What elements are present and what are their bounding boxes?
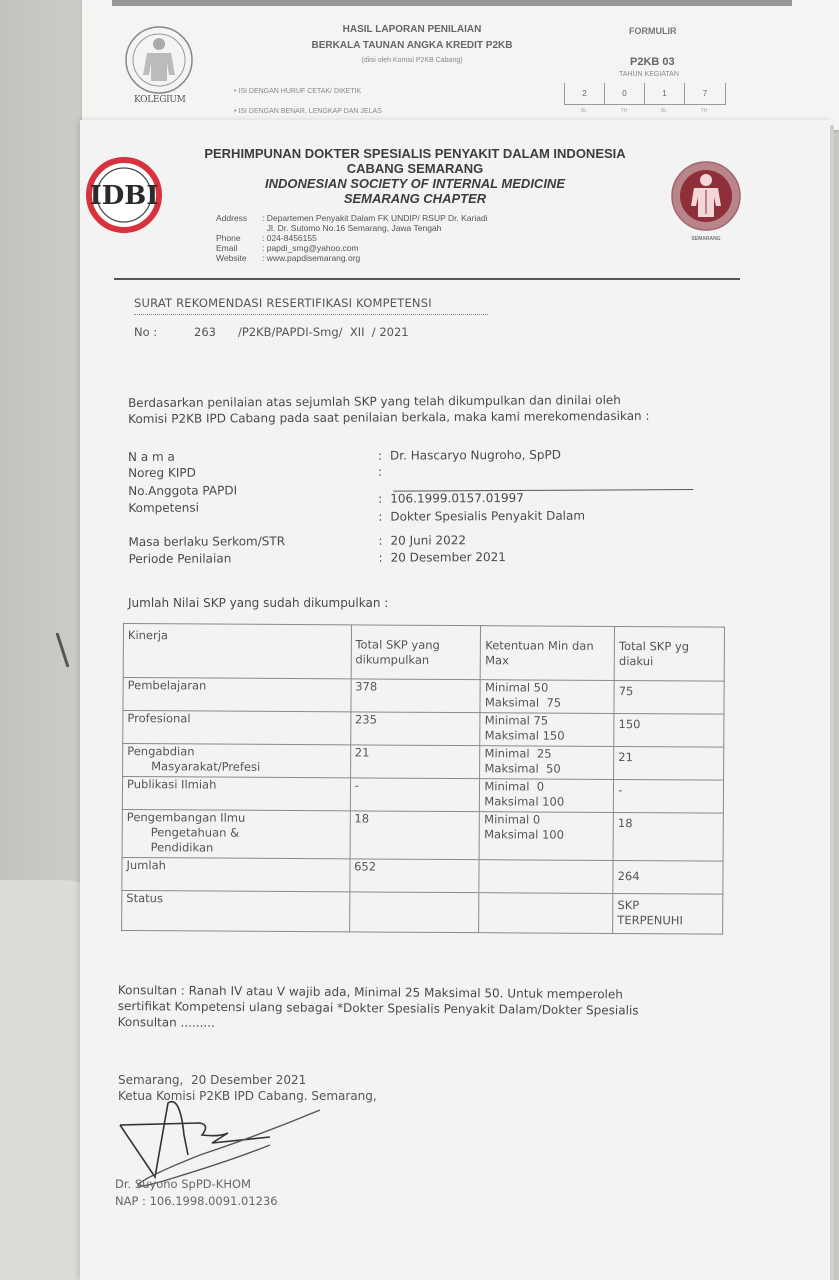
cell-kinerja: Publikasi Ilmiah	[122, 777, 350, 811]
form-title-line1: HASIL LAPORAN PENILAIAN	[262, 22, 562, 38]
header-divider	[114, 278, 740, 280]
cell-kinerja: PengabdianMasyarakat/Prefesi	[123, 744, 351, 778]
organization-header: PERHIMPUNAN DOKTER SPESIALIS PENYAKIT DA…	[180, 146, 650, 206]
field-periode-penilaian: Periode Penilaian : 20 Desember 2021	[129, 550, 506, 566]
year-sublabels: BL TH BL TH	[564, 108, 726, 114]
cell-kinerja: Profesional	[123, 711, 351, 745]
field-kompetensi-value: : Dokter Spesialis Penyakit Dalam	[378, 509, 585, 524]
field-value: Dokter Spesialis Penyakit Dalam	[390, 509, 585, 524]
year-digit-box: 0	[605, 83, 645, 104]
org-chapter-english: SEMARANG CHAPTER	[180, 191, 650, 206]
papdi-logo-label: SEMARANG	[674, 236, 738, 242]
table-row: PengabdianMasyarakat/Prefesi 21 Minimal …	[123, 744, 724, 781]
cell-diakui: 150	[614, 714, 724, 748]
recipient-fields: N a m a : Dr. Hascaryo Nugroho, SpPD Nor…	[128, 447, 748, 450]
org-name-english: INDONESIAN SOCIETY OF INTERNAL MEDICINE	[180, 176, 650, 191]
cell-kinerja: Pengembangan IlmuPengetahuan &Pendidikan	[122, 809, 350, 858]
number-suffix: /P2KB/PAPDI-Smg/ XII / 2021	[238, 325, 409, 339]
cell-jumlah-total: 652	[349, 859, 479, 893]
cell-ketentuan: Minimal 50Maksimal 75	[480, 680, 614, 714]
cell-total: -	[350, 778, 480, 812]
contact-email: Email : papdi_smg@yahoo.com	[216, 243, 488, 253]
cell-total: 18	[350, 811, 480, 860]
contact-website: Website : www.papdisemarang.org	[216, 253, 488, 263]
field-value: Dr. Hascaryo Nugroho, SpPD	[390, 448, 561, 463]
title-dotted-divider	[134, 314, 488, 315]
form-subtitle: (diisi oleh Komisi P2KB Cabang)	[262, 57, 562, 64]
svg-text:IDBI: IDBI	[90, 181, 159, 211]
cell-jumlah-diakui: 264	[613, 860, 723, 894]
year-sublabel: BL	[644, 108, 684, 114]
cell-jumlah-label: Jumlah	[122, 857, 350, 891]
number-label: No :	[134, 325, 194, 339]
table-row: Profesional 235 Minimal 75Maksimal 150 1…	[123, 711, 724, 748]
signer-nap: NAP : 106.1998.0091.01236	[115, 1193, 278, 1210]
signer-name: Dr. Suyono SpPD-KHOM	[115, 1176, 278, 1193]
year-digit-box: 1	[645, 83, 685, 104]
table-row-jumlah: Jumlah 652 264	[122, 857, 723, 894]
header-total-diakui: Total SKP yg diakui	[614, 627, 724, 682]
table-row: Pembelajaran 378 Minimal 50Maksimal 75 7…	[123, 678, 724, 715]
contact-block: Address : Departemen Penyakit Dalam FK U…	[216, 213, 488, 263]
cell-empty	[349, 892, 479, 933]
table-row: Pengembangan IlmuPengetahuan &Pendidikan…	[122, 809, 723, 861]
cell-status-label: Status	[122, 890, 350, 931]
letter-title: SURAT REKOMENDASI RESERTIFIKASI KOMPETEN…	[134, 296, 432, 310]
letter-sheet: IDBI PERHIMPUNAN DOKTER SPESIALIS PENYAK…	[80, 120, 832, 1280]
place-date: Semarang, 20 Desember 2021	[118, 1072, 377, 1088]
cell-diakui: -	[613, 780, 723, 814]
cell-total: 378	[351, 679, 481, 713]
letter-number: No : 263 /P2KB/PAPDI-Smg/ XII / 2021	[134, 325, 409, 339]
year-digit-box: 2	[565, 83, 605, 104]
year-sublabel: TH	[684, 108, 724, 114]
kolegium-logo-icon	[120, 25, 198, 95]
form-code: P2KB 03	[630, 56, 675, 68]
tahun-kegiatan-label: TAHUN KEGIATAN	[619, 71, 679, 78]
cell-ketentuan: Minimal 0Maksimal 100	[479, 812, 613, 861]
cell-ketentuan: Minimal 25Maksimal 50	[480, 746, 614, 780]
field-nama: N a m a : Dr. Hascaryo Nugroho, SpPD	[128, 448, 561, 464]
skp-table: Kinerja Total SKP yang dikumpulkan Keten…	[121, 623, 725, 935]
header-total-skp: Total SKP yang dikumpulkan	[351, 625, 481, 680]
header-ketentuan: Ketentuan Min dan Max	[481, 626, 615, 681]
year-boxes: 2 0 1 7	[564, 83, 726, 105]
cell-empty	[479, 860, 613, 894]
field-value: 20 Desember 2021	[391, 550, 506, 565]
cell-ketentuan: Minimal 0Maksimal 100	[480, 779, 614, 813]
intro-line: Komisi P2KB IPD Cabang pada saat penilai…	[128, 407, 748, 427]
cell-diakui: 18	[613, 812, 723, 861]
instruction-item: • ISI DENGAN HURUF CETAK/ DIKETIK	[234, 82, 382, 102]
number-value: 263	[194, 325, 238, 339]
cell-total: 21	[350, 745, 480, 779]
year-sublabel: TH	[604, 108, 644, 114]
cell-empty	[479, 893, 613, 934]
field-no-anggota: No.Anggota PAPDI	[128, 483, 390, 498]
form-title: HASIL LAPORAN PENILAIAN BERKALA TAUNAN A…	[262, 22, 562, 54]
field-no-anggota-value: : 106.1999.0157.01997	[378, 491, 524, 506]
field-noreg-kipd: Noreg KIPD :	[128, 465, 390, 480]
table-row-status: Status SKPTERPENUHI	[122, 890, 723, 934]
sheet-edge	[830, 125, 834, 1280]
konsultan-note: Konsultan : Ranah IV atau V wajib ada, M…	[118, 982, 758, 1036]
cell-diakui: 21	[614, 747, 724, 781]
header-kinerja: Kinerja	[123, 624, 351, 679]
year-sublabel: BL	[564, 108, 604, 114]
field-kompetensi: Kompetensi	[128, 500, 378, 515]
instruction-item: • ISI DENGAN BENAR, LENGKAP DAN JELAS	[234, 102, 382, 122]
back-form-sheet: KOLEGIUM HASIL LAPORAN PENILAIAN BERKALA…	[82, 0, 839, 130]
org-name: PERHIMPUNAN DOKTER SPESIALIS PENYAKIT DA…	[180, 146, 650, 161]
cell-kinerja: Pembelajaran	[123, 678, 351, 712]
form-instructions: • ISI DENGAN HURUF CETAK/ DIKETIK • ISI …	[234, 82, 382, 122]
contact-address-line2: Jl. Dr. Sutomo No.16 Semarang, Jawa Teng…	[216, 223, 488, 233]
table-intro: Jumlah Nilai SKP yang sudah dikumpulkan …	[128, 596, 388, 610]
field-masa-berlaku: Masa berlaku Serkom/STR : 20 Juni 2022	[128, 533, 466, 549]
contact-address: Address : Departemen Penyakit Dalam FK U…	[216, 213, 488, 223]
signer-block: Dr. Suyono SpPD-KHOM NAP : 106.1998.0091…	[115, 1176, 278, 1210]
formulir-label: FORMULIR	[629, 26, 677, 36]
cell-ketentuan: Minimal 75Maksimal 150	[480, 713, 614, 747]
contact-phone: Phone : 024-8456155	[216, 233, 488, 243]
ipdi-logo-icon: IDBI	[86, 157, 162, 233]
field-value: 20 Juni 2022	[390, 533, 466, 547]
kolegium-label: KOLEGIUM	[134, 95, 186, 105]
table-row: Publikasi Ilmiah - Minimal 0Maksimal 100…	[122, 777, 723, 814]
papdi-semarang-logo-icon	[670, 160, 742, 232]
field-value: 106.1999.0157.01997	[390, 491, 524, 506]
org-branch: CABANG SEMARANG	[180, 161, 650, 176]
year-digit-box: 7	[685, 83, 725, 104]
intro-paragraph: Berdasarkan penilaian atas sejumlah SKP …	[128, 391, 748, 427]
top-strip	[112, 0, 792, 6]
form-title-line2: BERKALA TAUNAN ANGKA KREDIT P2KB	[262, 38, 562, 54]
table-header-row: Kinerja Total SKP yang dikumpulkan Keten…	[123, 624, 724, 682]
cell-total: 235	[350, 712, 480, 746]
cell-diakui: 75	[614, 681, 724, 715]
cell-status-value: SKPTERPENUHI	[613, 893, 723, 934]
